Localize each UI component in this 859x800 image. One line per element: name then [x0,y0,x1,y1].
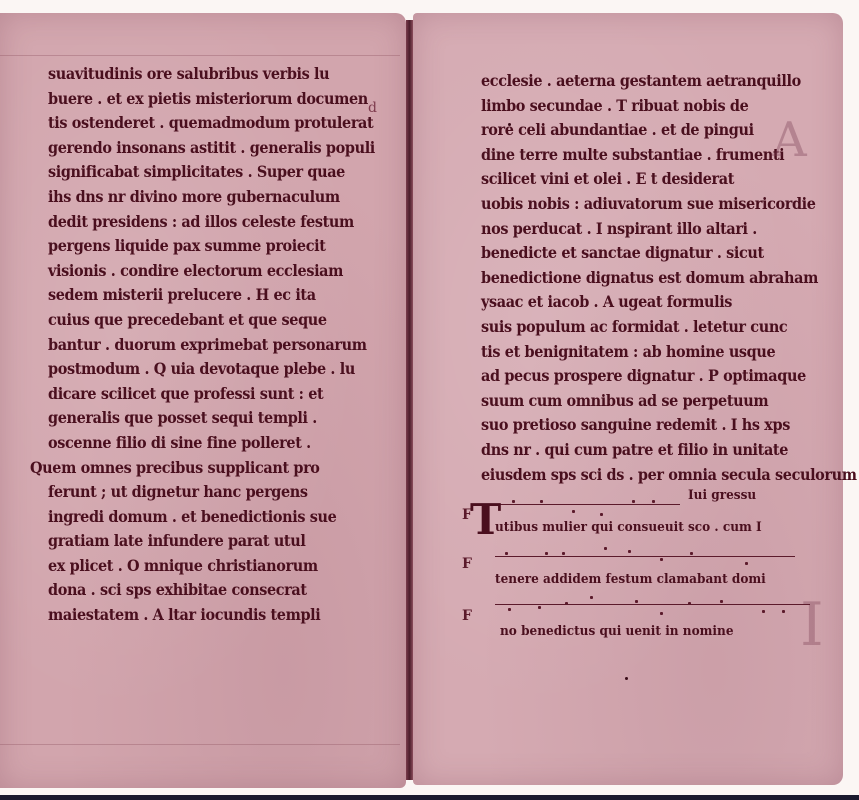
neume [540,500,543,503]
text-line: ex plicet . O mnique christianorum [48,554,375,579]
neume [635,600,638,603]
neume [538,606,541,609]
neume [590,596,593,599]
text-line: benedicte et sanctae dignatur . sicut [481,241,859,266]
text-line: buere . et ex pietis misteriorum documen [48,87,375,112]
text-line: ad pecus prospere dignatur . P optimaque [481,364,859,389]
text-line: bantur . duorum exprimebat personarum [48,333,375,358]
neume [505,552,508,555]
text-line: generalis que posset sequi templi . [48,406,375,431]
text-line: ferunt ; ut dignetur hanc pergens [48,480,375,505]
neume [782,610,785,613]
faint-marginal-letter: A [772,112,807,168]
staff-line [495,504,680,505]
text-line: ecclesie . aeterna gestantem aetranquill… [481,69,859,94]
neume [660,558,663,561]
text-line: ihs dns nr divino more gubernaculum [48,185,375,210]
neume [628,550,631,553]
clef-mark: F [462,608,472,624]
text-line: oscenne filio di sine fine polleret . [48,431,375,456]
margin-mark: d [368,100,377,116]
staff-text: Iui gressu [688,488,756,503]
neume [720,600,723,603]
text-line: suavitudinis ore salubribus verbis lu [48,62,375,87]
neume [690,552,693,555]
text-line: visionis . condire electorum ecclesiam [48,259,375,284]
neume [660,612,663,615]
book-gutter [406,20,413,780]
neume [565,602,568,605]
text-line: tis et benignitatem : ab homine usque [481,340,859,365]
lyric-line: no benedictus qui uenit in nomine [500,624,734,639]
neume [652,500,655,503]
neume [545,552,548,555]
ruling-line [0,55,400,56]
text-line: sedem misterii prelucere . H ec ita [48,283,375,308]
neume [562,552,565,555]
neume [604,547,607,550]
neume [572,510,575,513]
neume [512,500,515,503]
text-line: maiestatem . A ltar iocundis templi [48,603,375,628]
text-line: dedit presidens : ad illos celeste festu… [48,210,375,235]
text-line: dicare scilicet que professi sunt : et [48,382,375,407]
neume [745,562,748,565]
text-line: dns nr . qui cum patre et filio in unita… [481,438,859,463]
text-line: gerendo insonans astitit . generalis pop… [48,136,375,161]
text-line: Quem omnes precibus supplicant pro [30,456,374,481]
text-line: pergens liquide pax summe proiecit [48,234,375,259]
text-line: nos perducat . I nspirant illo altari . [481,217,859,242]
neume [600,513,603,516]
clef-mark: F [462,556,472,572]
text-line: suis populum ac formidat . letetur cunc [481,315,859,340]
text-line: eiusdem sps sci ds . per omnia secula se… [481,463,859,488]
left-page-text: suavitudinis ore salubribus verbis lu bu… [48,62,400,628]
text-line: ysaac et iacob . A ugeat formulis [481,290,859,315]
neume [632,500,635,503]
text-line: dona . sci sps exhibitae consecrat [48,578,375,603]
ink-speck [625,677,628,680]
staff-line [495,556,795,557]
text-line: suo pretioso sanguine redemit . I hs xps [481,413,859,438]
text-line: significabat simplicitates . Super quae [48,160,375,185]
text-line: postmodum . Q uia devotaque plebe . lu [48,357,375,382]
text-line: cuius que precedebant et que seque [48,308,375,333]
photo-border [0,795,859,800]
ink-speck [508,123,511,126]
neume [762,610,765,613]
text-line: uobis nobis : adiuvatorum sue misericord… [481,192,859,217]
staff-line [495,604,810,605]
text-line: suum cum omnibus ad se perpetuum [481,389,859,414]
lyric-line: tenere addidem festum clamabant domi [495,572,766,587]
text-line: scilicet vini et olei . E t desiderat [481,167,859,192]
ruling-line [0,744,400,745]
text-line: benedictione dignatus est domum abraham [481,266,859,291]
neume [508,608,511,611]
neume [688,602,691,605]
text-line: ingredi domum . et benedictionis sue [48,505,375,530]
text-line: gratiam late infundere parat utul [48,529,375,554]
lyric-line: utibus mulier qui consueuit sco . cum I [495,520,762,535]
faint-marginal-letter: I [800,590,824,660]
text-line: tis ostenderet . quemadmodum protulerat [48,111,375,136]
